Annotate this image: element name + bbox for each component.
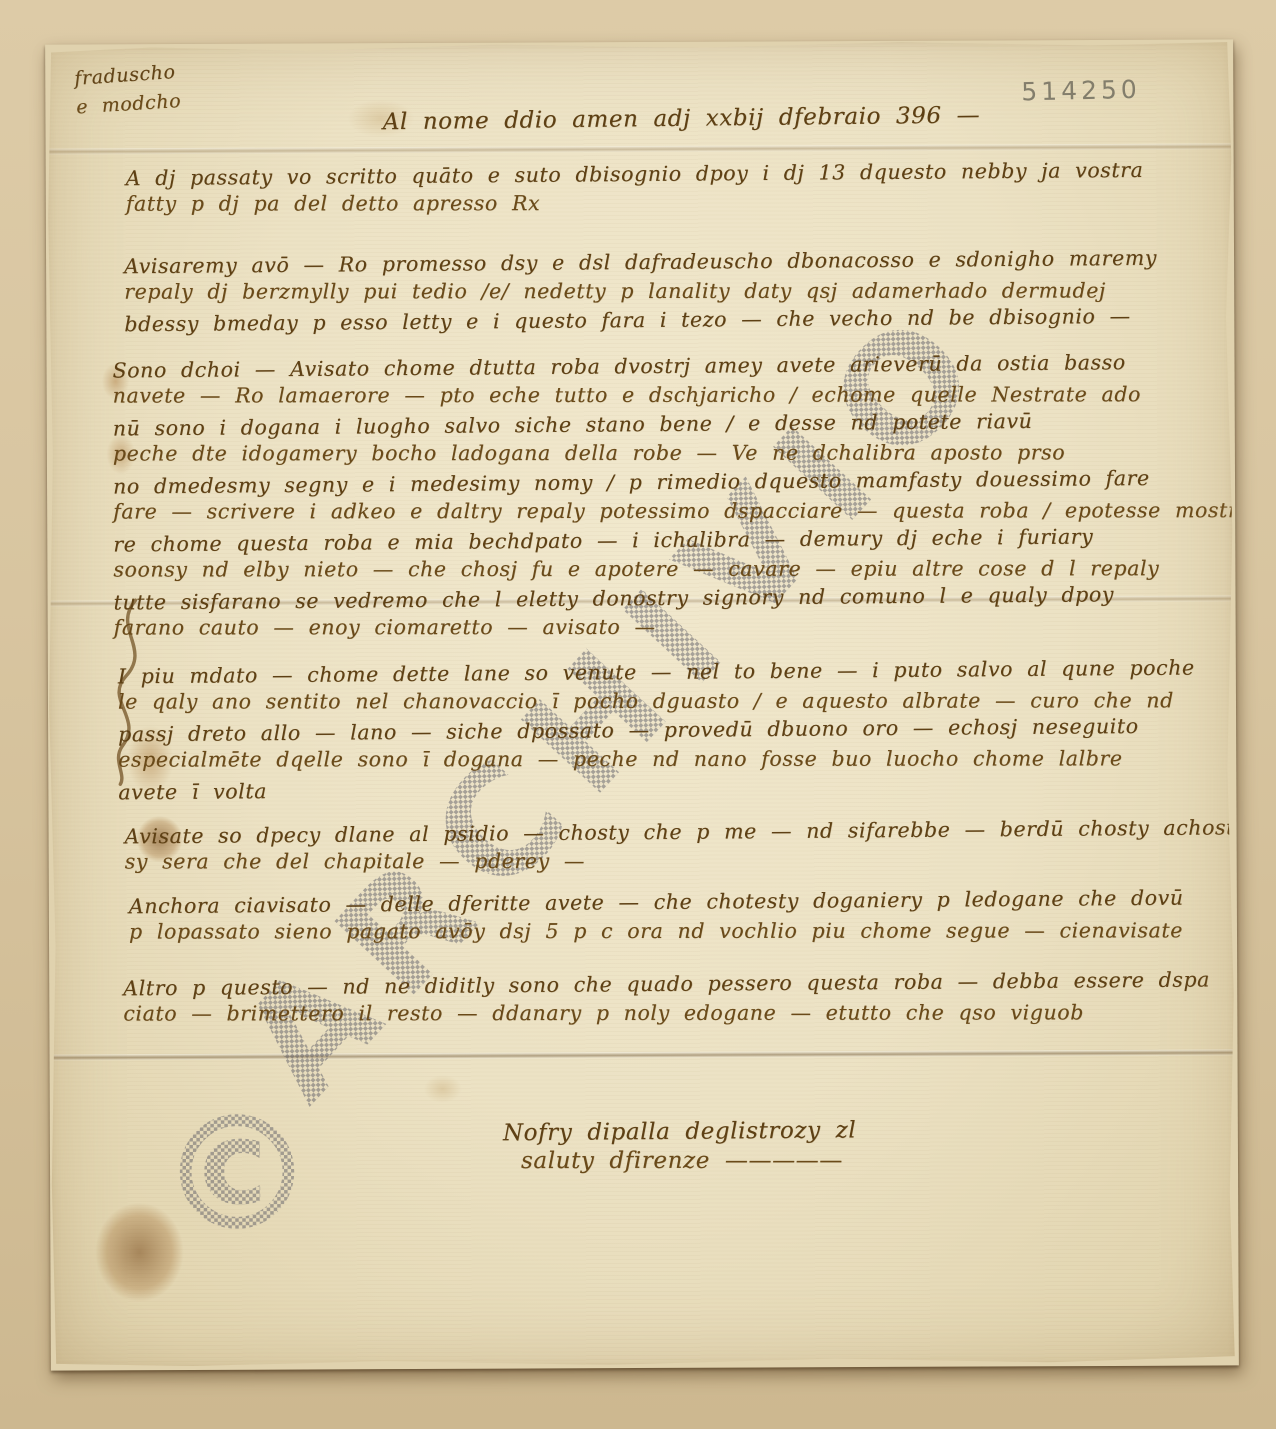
signature-block: Nofry dipalla deglistrozy zl saluty dfir… (503, 1111, 857, 1171)
manuscript-line: farano cauto — enoy ciomaretto — avisato… (114, 612, 1252, 642)
corner-annotation: fraduscho e modcho (74, 59, 183, 124)
signature-line: saluty dfirenze ————— (503, 1141, 856, 1170)
fold-crease-top (46, 143, 1234, 154)
signature-line: Nofry dipalla deglistrozy zl (503, 1110, 857, 1142)
stain (416, 1069, 470, 1109)
manuscript-paragraph: Sono dchoi — Avisato chome dtutta roba d… (112, 349, 1251, 644)
stain (80, 1186, 199, 1319)
manuscript-line: avete ī volta (118, 770, 1195, 808)
letter-paper: © ARCHIVIO fraduscho e modcho 514250 Al … (45, 39, 1239, 1370)
manuscript-line: ciato — brimettero il resto — ddanary p … (123, 998, 1210, 1028)
annotation-line: e modcho (75, 88, 182, 123)
manuscript-paragraph: Anchora ciavisato — delle dferitte avete… (129, 886, 1184, 949)
letter-paper-shadow: © ARCHIVIO fraduscho e modcho 514250 Al … (45, 39, 1239, 1370)
letter-heading: Al nome ddio amen adj xxbij dfebraio 396… (351, 102, 1011, 135)
copyright-watermark-icon: © (158, 1095, 317, 1254)
manuscript-paragraph: Altro p questo — nd ne diditly sono che … (123, 968, 1210, 1031)
manuscript-line: fatty p dj pa del detto apresso Rx (126, 188, 1144, 218)
archival-number: 514250 (1021, 75, 1141, 107)
manuscript-paragraph: I piu mdato — chome dette lane so venute… (118, 656, 1195, 806)
manuscript-line: sy sera che del chapitale — pderey — (125, 846, 1248, 876)
manuscript-line: bdessy bmeday p esso letty e i questo fa… (124, 302, 1157, 339)
fold-crease-lower (50, 1049, 1238, 1060)
scan-background: { "letter": { "archival_number": "514250… (0, 0, 1276, 1429)
manuscript-paragraph: Avisate so dpecy dlane al psidio — chost… (124, 815, 1248, 878)
manuscript-paragraph: A dj passaty vo scritto quāto e suto dbi… (126, 158, 1144, 220)
manuscript-paragraph: Avisaremy avō — Ro promesso dsy e dsl da… (124, 246, 1157, 338)
manuscript-line: p lopassato sieno pagato avōy dsj 5 p c … (129, 916, 1184, 946)
